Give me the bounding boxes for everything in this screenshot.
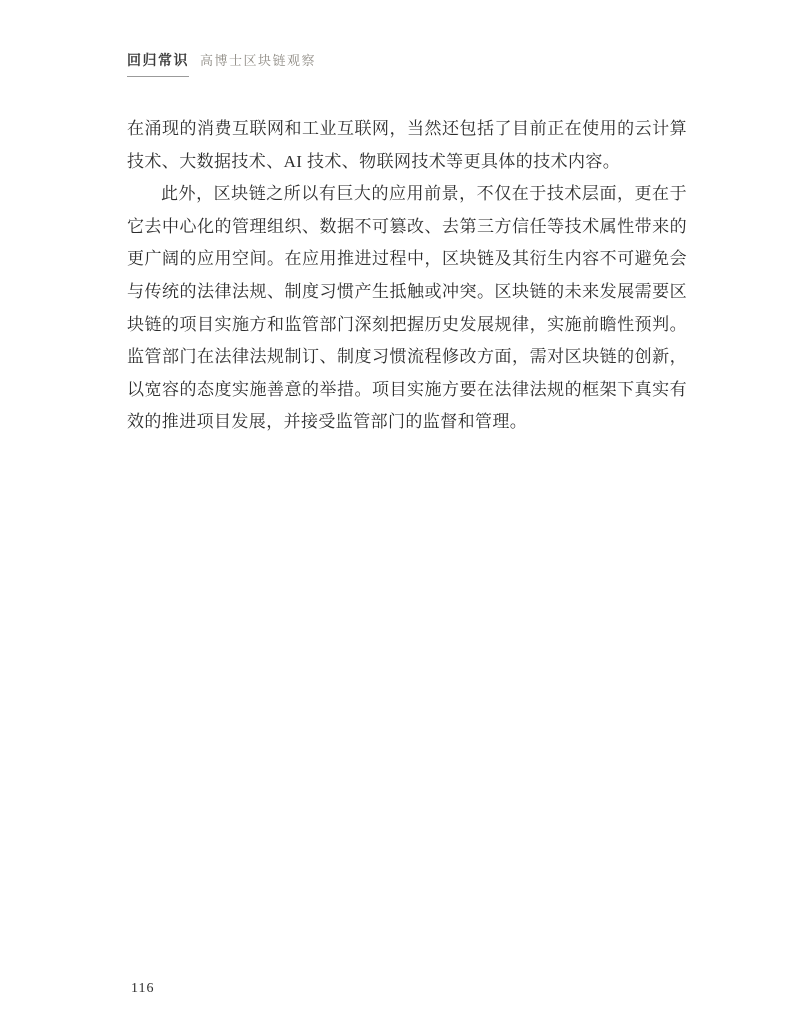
running-header: 回归常识 高博士区块链观察 <box>127 53 316 77</box>
page-number: 116 <box>131 981 154 997</box>
paragraph-second: 此外，区块链之所以有巨大的应用前景，不仅在于技术层面，更在于它去中心化的管理组织… <box>127 178 687 439</box>
book-title: 回归常识 <box>127 53 189 77</box>
paragraph-continuation: 在涌现的消费互联网和工业互联网，当然还包括了目前正在使用的云计算技术、大数据技术… <box>127 113 687 178</box>
book-page: 回归常识 高博士区块链观察 在涌现的消费互联网和工业互联网，当然还包括了目前正在… <box>0 0 800 1036</box>
book-subtitle: 高博士区块链观察 <box>200 53 316 67</box>
page-body-text: 在涌现的消费互联网和工业互联网，当然还包括了目前正在使用的云计算技术、大数据技术… <box>127 113 687 439</box>
